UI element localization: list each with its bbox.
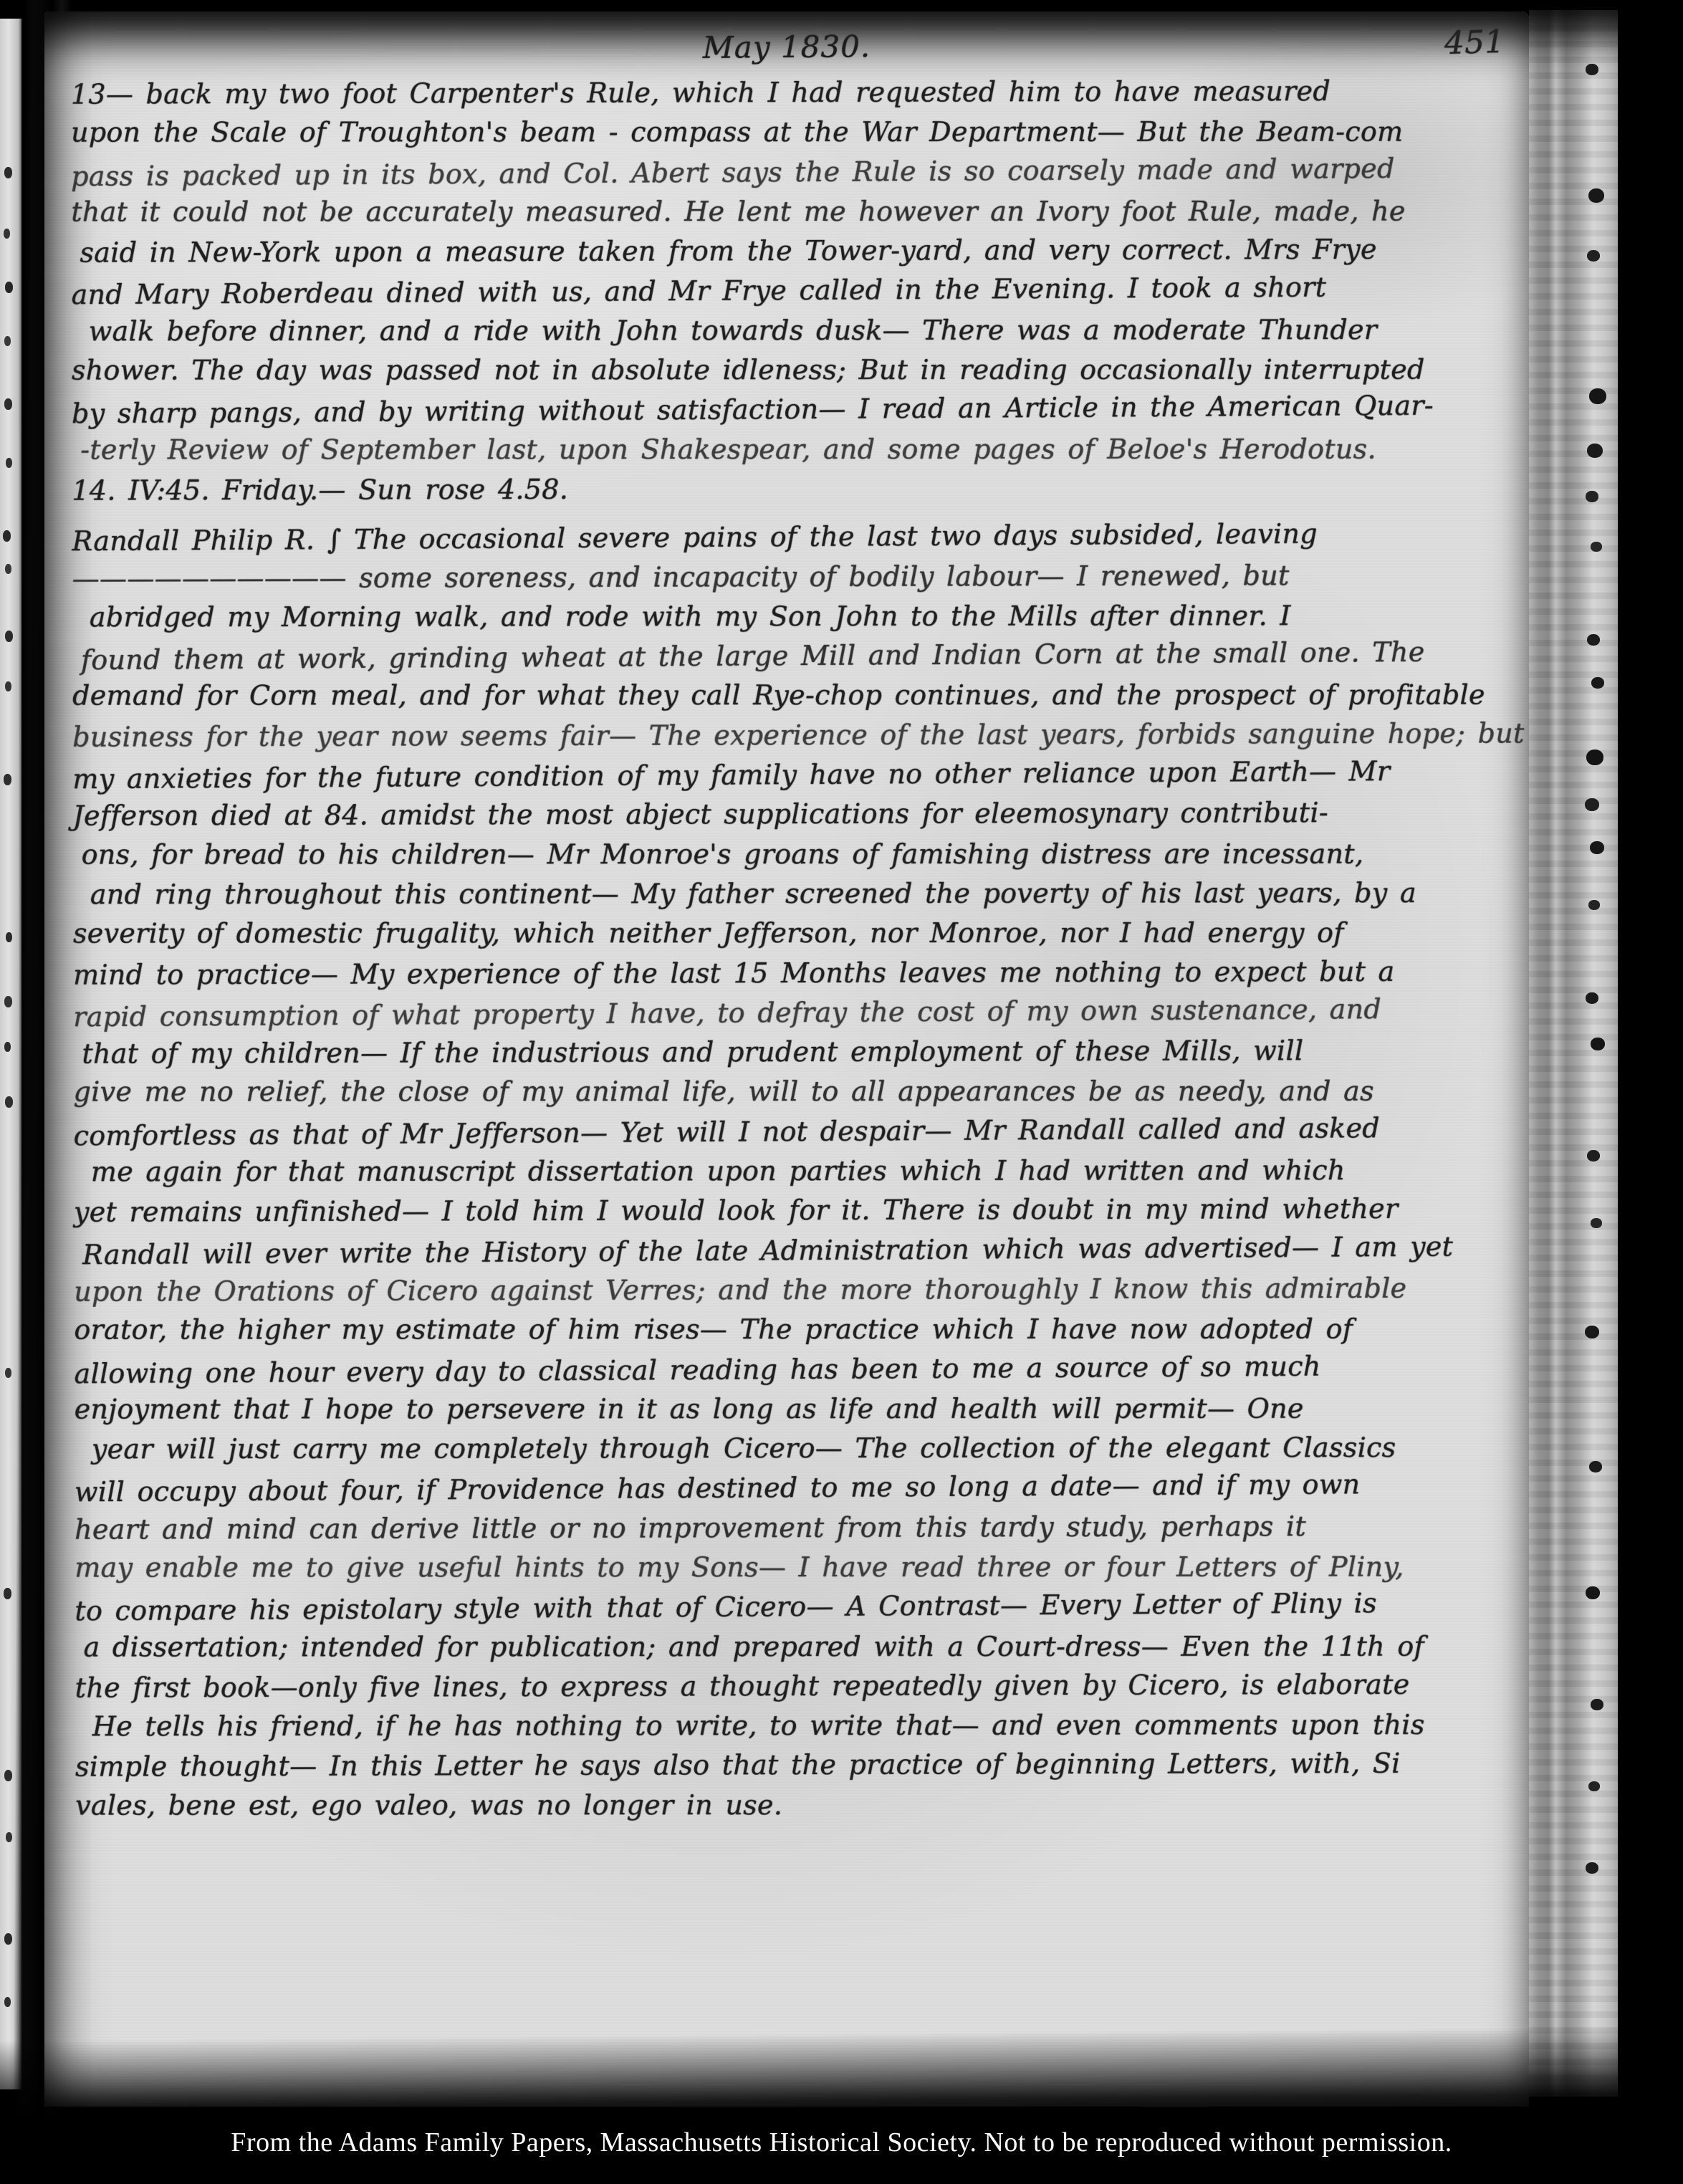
manuscript-line: —————————— some soreness, and incapacity…	[72, 555, 1528, 599]
manuscript-line: -terly Review of September last, upon Sh…	[72, 429, 1528, 469]
manuscript-line: a dissertation; intended for publication…	[75, 1627, 1531, 1667]
manuscript-line: yet remains unfinished— I told him I wou…	[74, 1189, 1530, 1233]
date-heading: May 1830.	[44, 22, 1529, 72]
manuscript-line: vales, bene est, ego valeo, was no longe…	[75, 1785, 1531, 1825]
manuscript-line: walk before dinner, and a ride with John…	[72, 310, 1528, 352]
manuscript-line: comfortless as that of Mr Jefferson— Yet…	[74, 1108, 1530, 1156]
manuscript-scan: 451 May 1830. 13— back my two foot Carpe…	[0, 0, 1683, 2184]
manuscript-line: and Mary Roberdeau dined with us, and Mr…	[71, 267, 1527, 315]
manuscript-line: mind to practice— My experience of the l…	[73, 952, 1529, 995]
manuscript-line: 14. IV:45. Friday.— Sun rose 4.58.	[72, 467, 1528, 511]
manuscript-line: that it could not be accurately measured…	[71, 191, 1527, 231]
manuscript-line: allowing one hour every day to classical…	[74, 1345, 1530, 1394]
manuscript-line: simple thought— In this Letter he says a…	[75, 1744, 1531, 1788]
manuscript-line: 13— back my two foot Carpenter's Rule, w…	[71, 71, 1527, 115]
manuscript-line: by sharp pangs, and by writing without s…	[72, 385, 1528, 434]
manuscript-line: rapid consumption of what property I hav…	[73, 989, 1529, 1038]
manuscript-line: abridged my Morning walk, and rode with …	[72, 596, 1528, 638]
manuscript-line: will occupy about four, if Providence ha…	[75, 1464, 1530, 1513]
manuscript-line: give me no relief, the close of my anima…	[74, 1072, 1530, 1112]
credit-text: From the Adams Family Papers, Massachuse…	[231, 2127, 1452, 2157]
manuscript-line: business for the year now seems fair— Th…	[72, 714, 1528, 757]
credit-banner: From the Adams Family Papers, Massachuse…	[0, 2125, 1683, 2160]
manuscript-page: 451 May 1830. 13— back my two foot Carpe…	[44, 11, 1529, 2107]
manuscript-line: Randall Philip R. ∫ The occasional sever…	[72, 513, 1528, 562]
manuscript-line: found them at work, grinding wheat at th…	[72, 632, 1528, 681]
manuscript-line: my anxieties for the future condition of…	[72, 751, 1528, 800]
manuscript-line: orator, the higher my estimate of him ri…	[74, 1310, 1530, 1350]
manuscript-text: 13— back my two foot Carpenter's Rule, w…	[71, 71, 1531, 1826]
manuscript-line: upon the Orations of Cicero against Verr…	[74, 1268, 1530, 1312]
facing-page-text-fragments	[6, 0, 11, 9]
manuscript-line: heart and mind can derive little or no i…	[75, 1506, 1530, 1550]
manuscript-line: pass is packed up in its box, and Col. A…	[71, 148, 1527, 196]
manuscript-line: demand for Corn meal, and for what they …	[72, 676, 1528, 716]
manuscript-line: the first book—only five lines, to expre…	[75, 1665, 1531, 1708]
manuscript-line: and ring throughout this continent— My f…	[73, 873, 1529, 915]
gutter-ink-specks	[1588, 0, 1596, 7]
manuscript-line: year will just carry me completely throu…	[75, 1428, 1530, 1470]
manuscript-line: shower. The day was passed not in absolu…	[72, 350, 1528, 391]
page-edges-gutter	[1529, 10, 1618, 2097]
manuscript-line: He tells his friend, if he has nothing t…	[75, 1705, 1531, 1747]
manuscript-line: ons, for bread to his children— Mr Monro…	[73, 834, 1529, 874]
manuscript-line: to compare his epistolary style with tha…	[75, 1583, 1530, 1632]
manuscript-line: Randall will ever write the History of t…	[74, 1226, 1530, 1275]
manuscript-line: enjoyment that I hope to persevere in it…	[75, 1389, 1530, 1429]
manuscript-line: may enable me to give useful hints to my…	[75, 1547, 1530, 1587]
manuscript-line: upon the Scale of Troughton's beam - com…	[71, 112, 1527, 153]
manuscript-line: severity of domestic frugality, which ne…	[73, 914, 1529, 954]
manuscript-line: me again for that manuscript dissertatio…	[74, 1151, 1530, 1192]
manuscript-line: that of my children— If the industrious …	[73, 1030, 1529, 1074]
manuscript-line: said in New-York upon a measure taken fr…	[71, 230, 1527, 274]
manuscript-line: Jefferson died at 84. amidst the most ab…	[72, 793, 1528, 837]
